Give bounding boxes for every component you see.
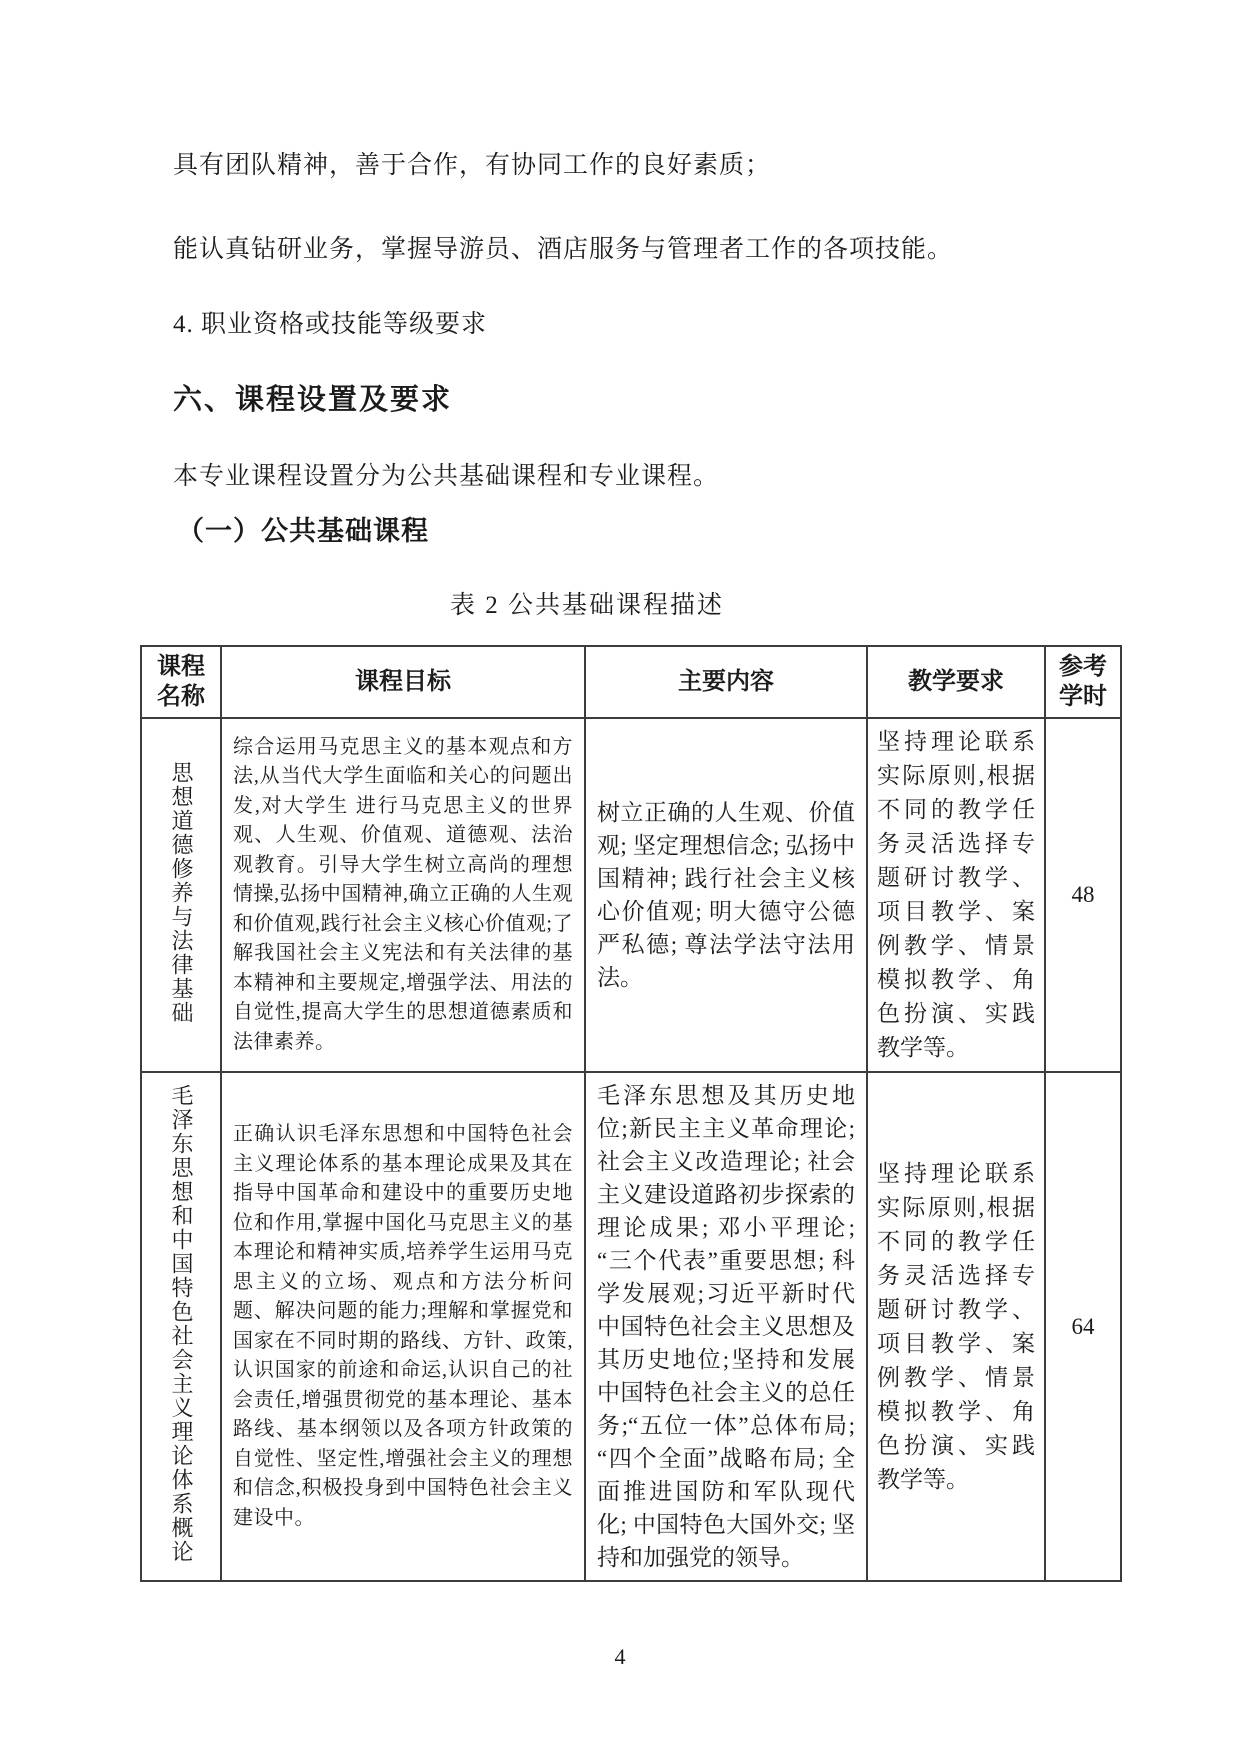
course-hours-cell: 64 [1045, 1072, 1121, 1581]
table-caption: 表 2 公共基础课程描述 [137, 585, 1037, 621]
column-header-course-name: 课程名称 [141, 646, 221, 718]
column-header-hours: 参考学时 [1045, 646, 1121, 718]
course-name-cell: 毛泽东思想和中国特色社会主义理论体系概论 [141, 1072, 221, 1581]
course-objectives-cell: 正确认识毛泽东思想和中国特色社会主义理论体系的基本理论成果及其在指导中国革命和建… [221, 1072, 585, 1581]
paragraph-skills: 能认真钻研业务，掌握导游员、酒店服务与管理者工作的各项技能。 [137, 231, 1112, 269]
course-name-cell: 思想道德修养与法律基础 [141, 718, 221, 1072]
list-item-qualification: 4. 职业资格或技能等级要求 [137, 306, 1112, 344]
course-hours-cell: 48 [1045, 718, 1121, 1072]
document-page: 具有团队精神，善于合作，有协同工作的良好素质； 能认真钻研业务，掌握导游员、酒店… [0, 0, 1240, 1754]
paragraph-curriculum-intro: 本专业课程设置分为公共基础课程和专业课程。 [137, 458, 1112, 496]
paragraph-teamwork: 具有团队精神，善于合作，有协同工作的良好素质； [137, 147, 1112, 185]
section-heading-curriculum: 六、课程设置及要求 [137, 381, 1112, 419]
course-name-vertical: 思想道德修养与法律基础 [170, 761, 192, 1025]
column-header-requirements: 教学要求 [867, 646, 1045, 718]
course-requirements-cell: 坚持理论联系实际原则,根据不同的教学任务灵活选择专题研讨教学、项目教学、案例教学… [867, 1072, 1045, 1581]
course-content-cell: 树立正确的人生观、价值观; 坚定理想信念; 弘扬中国精神; 践行社会主义核心价值… [585, 718, 867, 1072]
course-name-vertical: 毛泽东思想和中国特色社会主义理论体系概论 [170, 1084, 192, 1564]
table-header-row: 课程名称 课程目标 主要内容 教学要求 参考学时 [141, 646, 1121, 718]
column-header-content: 主要内容 [585, 646, 867, 718]
table-row: 思想道德修养与法律基础 综合运用马克思主义的基本观点和方法,从当代大学生面临和关… [141, 718, 1121, 1072]
public-course-table: 课程名称 课程目标 主要内容 教学要求 参考学时 思想道德修养与法律基础 综合运… [140, 645, 1122, 1582]
course-content-cell: 毛泽东思想及其历史地位;新民主主义革命理论; 社会主义改造理论; 社会主义建设道… [585, 1072, 867, 1581]
table-row: 毛泽东思想和中国特色社会主义理论体系概论 正确认识毛泽东思想和中国特色社会主义理… [141, 1072, 1121, 1581]
course-requirements-cell: 坚持理论联系实际原则,根据不同的教学任务灵活选择专题研讨教学、项目教学、案例教学… [867, 718, 1045, 1072]
page-number: 4 [0, 1644, 1240, 1670]
subsection-heading-public-courses: （一）公共基础课程 [137, 512, 1112, 550]
course-objectives-cell: 综合运用马克思主义的基本观点和方法,从当代大学生面临和关心的问题出发,对大学生 … [221, 718, 585, 1072]
column-header-objectives: 课程目标 [221, 646, 585, 718]
